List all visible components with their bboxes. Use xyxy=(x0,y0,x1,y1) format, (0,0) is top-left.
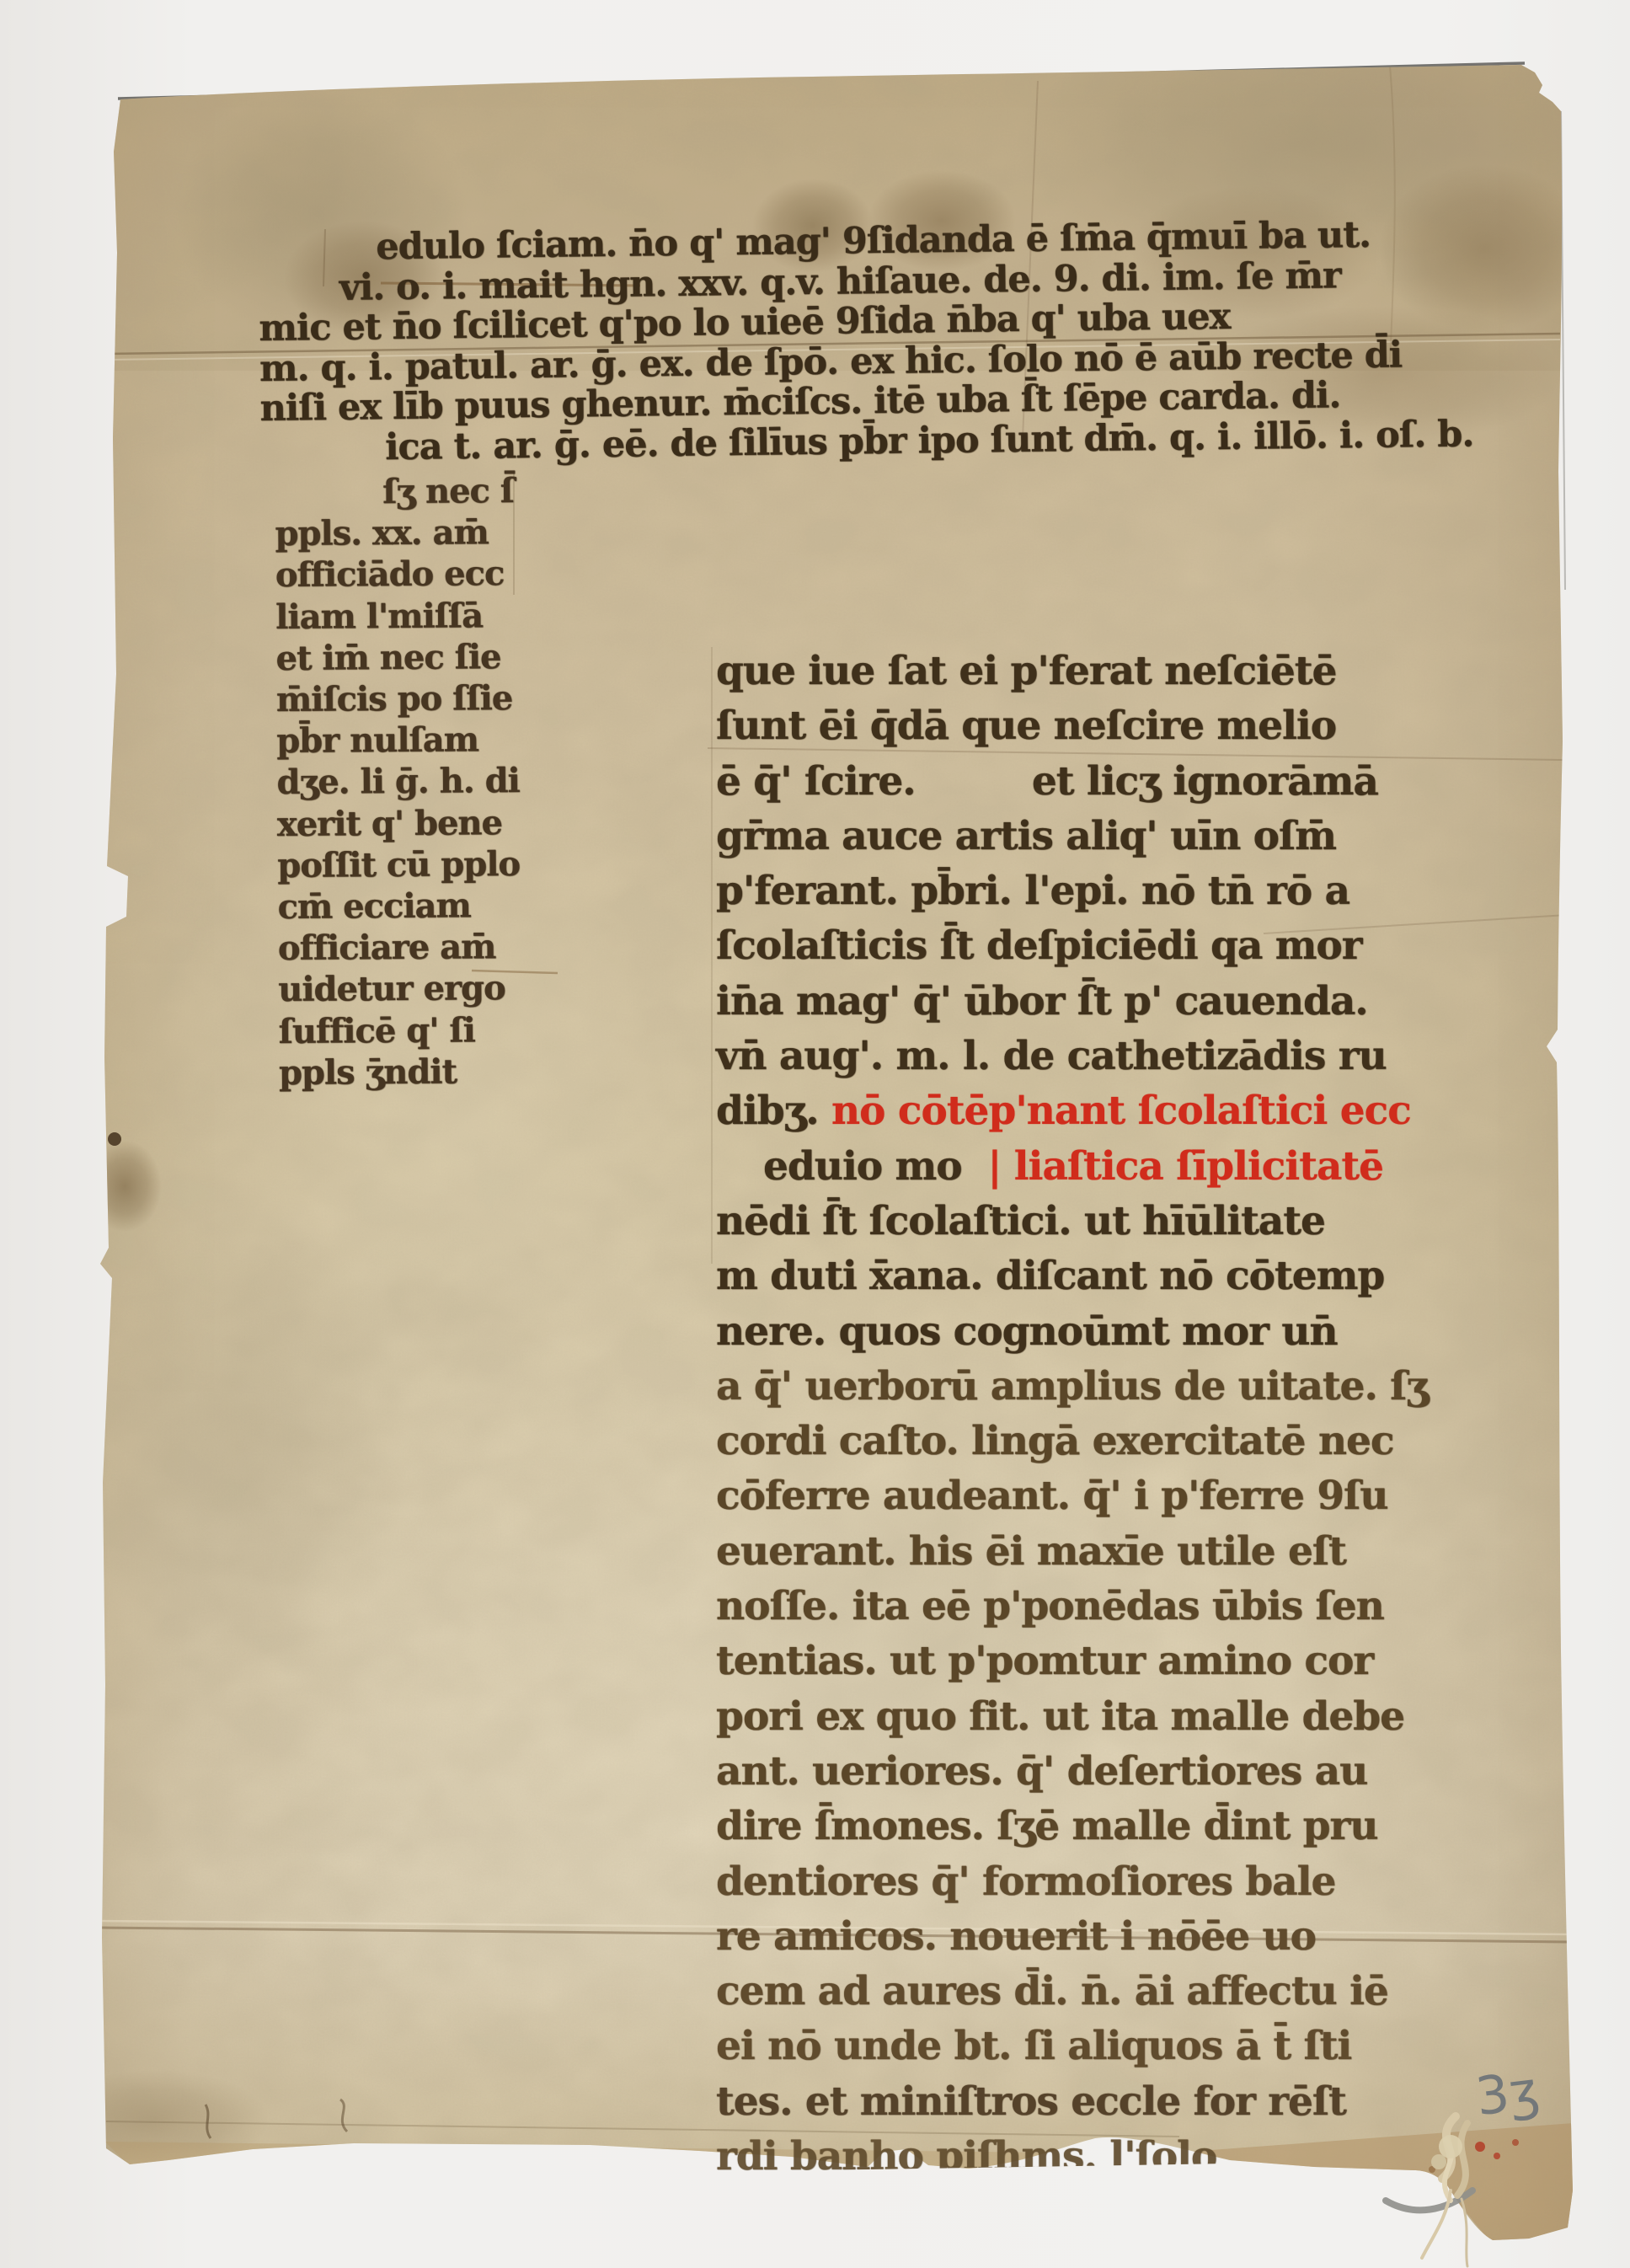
manuscript-text-line: tentias. ut p'pomtur amino cor xyxy=(716,1634,1491,1688)
manuscript-text-line: ſcolaſticis ſ̄t deſpiciēdi qa mor xyxy=(716,918,1491,973)
ink-text: nere. quos cognoūmt mor un̄ xyxy=(716,1308,1338,1355)
manuscript-text-line: eduio mo | liaſtica ſīplicitatē xyxy=(716,1139,1491,1194)
ink-text: ppls. xx. am̄ xyxy=(275,512,489,554)
ink-text: ſcolaſticis ſ̄t deſpiciēdi qa mor xyxy=(716,923,1362,969)
ink-text: ſufficē q' ſi xyxy=(278,1010,474,1051)
manuscript-text-line: gr̄ma auce artis aliq' uīn oſm̄ xyxy=(716,809,1491,864)
ink-spot xyxy=(108,1132,121,1146)
ink-text: pori ex quo fit. ut ita malle debe xyxy=(716,1693,1404,1740)
manuscript-text-line: pb̄r nulſam xyxy=(276,719,596,762)
manuscript-text-line: xerit q' bene xyxy=(277,801,597,845)
ink-text: noſſe. ita eē p'ponēdas ūbis ſen xyxy=(716,1583,1384,1629)
ink-text: cōferre audeant. q̄' i p'ferre 9ſu xyxy=(716,1473,1387,1519)
ink-text: cordi caſto. lingā exercitatē nec xyxy=(716,1418,1394,1464)
ink-text: ē q̄' ſcire. et licʒ ignorāmā xyxy=(716,758,1378,805)
manuscript-text-line: ē q̄' ſcire. et licʒ ignorāmā xyxy=(716,754,1491,809)
manuscript-text-line: poſſit cū pplo xyxy=(277,842,597,886)
manuscript-text-line: cordi caſto. lingā exercitatē nec xyxy=(716,1414,1491,1468)
manuscript-text-line: m duti x̄ana. diſcant nō cōtemp xyxy=(716,1249,1491,1303)
ink-text: eduio mo xyxy=(763,1143,987,1190)
ink-text: in̄a mag' q̄' ūbor ſ̄t p' cauenda. xyxy=(716,978,1368,1024)
manuscript-text-line: ſunt ēi q̄dā que neſcire melio xyxy=(716,698,1491,753)
ink-text: cem ad aures d̄i. n̄. āi affectu iē xyxy=(716,1968,1388,2014)
manuscript-text-line: vn̄ aug'. m. l. de cathetizādis ru xyxy=(716,1029,1491,1083)
manuscript-text-line: dire ſ̄mones. ſʒē malle d̄int pru xyxy=(716,1799,1491,1853)
ink-text: officiādo ecc xyxy=(275,554,505,596)
ink-text: re amicos. nouerit i nōēe uo xyxy=(716,1913,1316,1960)
wax-spot xyxy=(1512,2139,1519,2146)
stain xyxy=(88,1141,162,1232)
manuscript-text-line: uidetur ergo xyxy=(278,967,598,1011)
manuscript-text-line: re amicos. nouerit i nōēe uo xyxy=(716,1909,1491,1964)
left-text-column: ſʒ nec ſ̄ppls. xx. am̄officiādo eccliam … xyxy=(275,469,599,1094)
manuscript-text-line: pori ex quo fit. ut ita malle debe xyxy=(716,1689,1491,1744)
manuscript-text-line: m̄iſcis po ſſie xyxy=(276,677,596,720)
ink-text: xerit q' bene xyxy=(277,803,502,844)
manuscript-text-line: et im̄ nec ſie xyxy=(275,635,596,679)
ink-text: rdi banho piſhms. l'ſolo xyxy=(716,2133,1216,2180)
ink-text: et im̄ nec ſie xyxy=(275,637,500,678)
manuscript-text-line: officiādo ecc xyxy=(275,553,596,596)
ink-text: ſʒ nec ſ̄ xyxy=(382,471,514,511)
manuscript-text-line: ſʒ nec ſ̄ xyxy=(275,469,595,513)
ink-text: pb̄r nulſam xyxy=(276,720,478,762)
manuscript-text-line: officiare am̄ xyxy=(278,926,598,970)
ink-text: m duti x̄ana. diſcant nō cōtemp xyxy=(716,1253,1384,1299)
photograph-of-manuscript-leaf: edulo ſciam. n̄o q' mag' 9ſidanda ē ſm̄a… xyxy=(0,0,1630,2268)
ink-text: dire ſ̄mones. ſʒē malle d̄int pru xyxy=(716,1803,1377,1849)
manuscript-text-line: a q̄' uerborū amplius de uitate. ſʒ xyxy=(716,1359,1491,1414)
ink-text: liam l'miſſā xyxy=(275,596,483,637)
manuscript-text-line: ppls ʒ̄ndit xyxy=(279,1050,599,1094)
manuscript-text-line: nēdi ſ̄t ſcolaſtici. ut hīūlitate xyxy=(716,1194,1491,1249)
ink-text: ei nō unde bt. ſi aliquos ā t̄ ſti xyxy=(716,2023,1351,2069)
ink-text: ant. ueriores. q̄' deſertiores au xyxy=(716,1748,1367,1795)
ink-text: uidetur ergo xyxy=(278,969,505,1010)
main-text-column: que iue ſat ei p'ferat neſciētēſunt ēi q… xyxy=(716,644,1491,2184)
wax-spot xyxy=(1494,2153,1500,2159)
manuscript-text-line: noſſe. ita eē p'ponēdas ūbis ſen xyxy=(716,1579,1491,1634)
manuscript-text-line: euerant. his ēi maxīe utile eſt xyxy=(716,1524,1491,1579)
ink-text: gr̄ma auce artis aliq' uīn oſm̄ xyxy=(716,813,1336,859)
rubric-text: | liaſtica ſīplicitatē xyxy=(987,1143,1383,1190)
manuscript-text-line: p'ferant. pb̄ri. l'epi. nō tn̄ rō a xyxy=(716,864,1491,918)
manuscript-text-line: dentiores q̄' formoſiores bale xyxy=(716,1854,1491,1909)
ink-text: dibʒ. xyxy=(716,1088,831,1134)
manuscript-text-line: ppls. xx. am̄ xyxy=(275,511,595,555)
top-text-block: edulo ſciam. n̄o q' mag' 9ſidanda ē ſm̄a… xyxy=(258,215,1440,470)
ink-text: a q̄' uerborū amplius de uitate. ſʒ xyxy=(716,1363,1428,1409)
ink-text: que iue ſat ei p'ferat neſciētē xyxy=(716,648,1336,694)
manuscript-text-line: cem ad aures d̄i. n̄. āi affectu iē xyxy=(716,1964,1491,2019)
ink-text: ppls ʒ̄ndit xyxy=(279,1051,457,1092)
ink-text: nēdi ſ̄t ſcolaſtici. ut hīūlitate xyxy=(716,1198,1325,1244)
manuscript-text-line: cōferre audeant. q̄' i p'ferre 9ſu xyxy=(716,1468,1491,1523)
ink-text: dʒe. li ḡ. h. di xyxy=(276,761,520,802)
ink-text: officiare am̄ xyxy=(278,927,496,968)
ink-text: vn̄ aug'. m. l. de cathetizādis ru xyxy=(716,1033,1387,1079)
ink-text: cm̄ ecciam xyxy=(277,885,471,927)
manuscript-text-line: ei nō unde bt. ſi aliquos ā t̄ ſti xyxy=(716,2019,1491,2073)
ink-text: tentias. ut p'pomtur amino cor xyxy=(716,1638,1373,1684)
manuscript-text-line: dibʒ. nō cōtēp'nant ſcolaſtici ecc xyxy=(716,1083,1491,1138)
manuscript-text-line: rdi banho piſhms. l'ſolo xyxy=(716,2129,1491,2184)
manuscript-text-line: cm̄ ecciam xyxy=(277,884,597,928)
manuscript-text-line: tes. et miniſtros eccle for rēſt xyxy=(716,2074,1491,2129)
manuscript-text-line: que iue ſat ei p'ferat neſciētē xyxy=(716,644,1491,698)
manuscript-text-line: nere. quos cognoūmt mor un̄ xyxy=(716,1304,1491,1359)
ink-text: m̄iſcis po ſſie xyxy=(276,678,513,719)
ink-text: ſunt ēi q̄dā que neſcire melio xyxy=(716,703,1336,749)
manuscript-text-line: ant. ueriores. q̄' deſertiores au xyxy=(716,1744,1491,1799)
manuscript-text-line: liam l'miſſā xyxy=(275,594,596,638)
ink-text: dentiores q̄' formoſiores bale xyxy=(716,1859,1335,1905)
speck xyxy=(1411,2195,1419,2203)
manuscript-text-line: ſufficē q' ſi xyxy=(278,1008,598,1052)
ink-text: tes. et miniſtros eccle for rēſt xyxy=(716,2078,1346,2125)
manuscript-text-line: in̄a mag' q̄' ūbor ſ̄t p' cauenda. xyxy=(716,974,1491,1029)
manuscript-text-line: dʒe. li ḡ. h. di xyxy=(276,760,596,804)
ink-text: euerant. his ēi maxīe utile eſt xyxy=(716,1528,1346,1575)
pencil-leaf-number: 3ʒ xyxy=(1472,2059,1543,2128)
ink-text: poſſit cū pplo xyxy=(277,844,520,885)
show-through xyxy=(270,1205,573,1407)
ink-text: p'ferant. pb̄ri. l'epi. nō tn̄ rō a xyxy=(716,868,1349,914)
rubric-text: nō cōtēp'nant ſcolaſtici ecc xyxy=(831,1088,1411,1134)
